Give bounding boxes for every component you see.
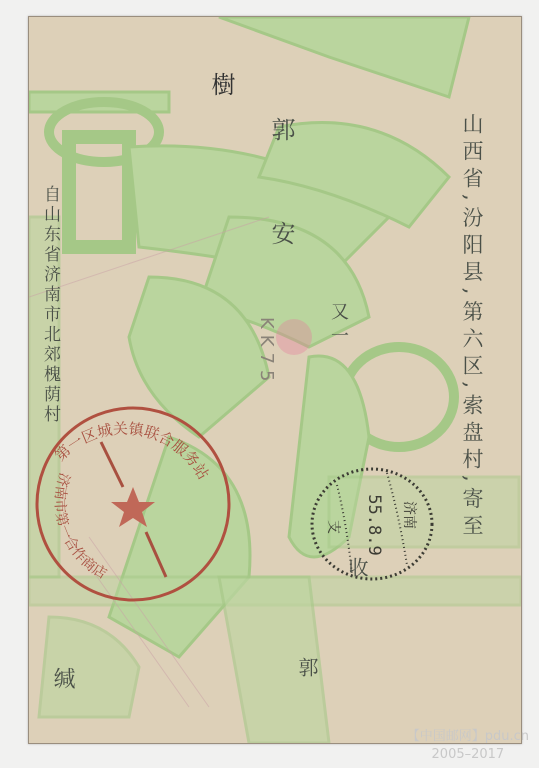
recipient-name: 郭安 xyxy=(269,117,293,325)
top-note: 樹 xyxy=(209,72,233,102)
recipient-address: 山西省,汾阳县,第六区,索盘村,寄至 xyxy=(461,113,482,542)
side-note: 又一 xyxy=(329,302,347,350)
envelope: 山西省,汾阳县,第六区,索盘村,寄至 郭安 收 樹 又一 KK75 自山东省济南… xyxy=(28,16,522,744)
postmark-date: 55.8.9 xyxy=(364,494,384,555)
watermark: 【中国邮网】pdu.cn 2005–2017 xyxy=(407,728,529,764)
postmark-place: 济南 xyxy=(401,501,418,529)
sender-address: 自山东省济南市北郊槐荫村 xyxy=(41,185,58,425)
pencil-note: KK75 xyxy=(257,317,275,388)
sender-signature: 缄 xyxy=(51,667,73,695)
red-seal: 第一区城关镇联合服务站 济南市第一合作商店 xyxy=(31,402,236,607)
watermark-line1: 【中国邮网】pdu.cn xyxy=(407,728,529,746)
postmark-side: 支 xyxy=(325,520,342,534)
recipient-name-text: 郭安 xyxy=(267,117,295,325)
postmark: 55.8.9 济南 支 xyxy=(307,465,437,583)
star-icon xyxy=(111,487,155,527)
watermark-line2: 2005–2017 xyxy=(407,746,529,764)
bottom-mark: 郭 xyxy=(297,657,317,683)
